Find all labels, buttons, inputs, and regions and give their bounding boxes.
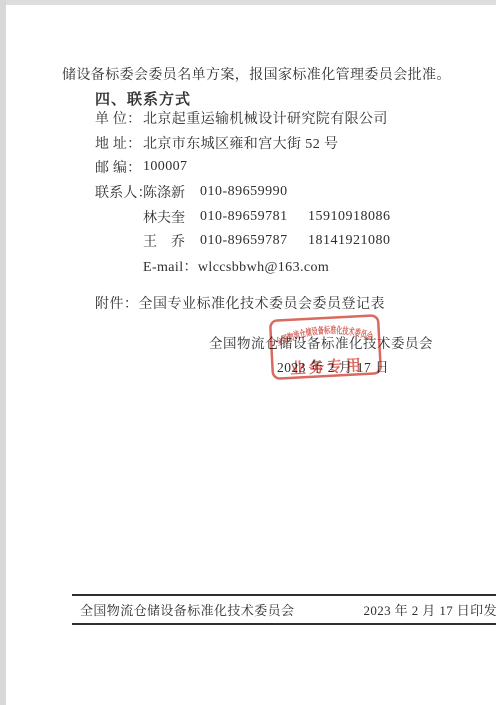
contact-label: 单 位： xyxy=(95,108,143,128)
contact-row-person-2: 林夫奎 010-89659781 15910918086 xyxy=(95,204,465,229)
stamp-svg: 全国物流仓储设备标准化技术委员会 业务专用 xyxy=(267,312,384,382)
attachment-line: 附件：全国专业标准化技术委员会委员登记表 xyxy=(95,293,385,313)
contact-row-address: 地 址： 北京市东城区雍和宫大街 52 号 xyxy=(95,131,465,156)
intro-line: 储设备标委会委员名单方案，报国家标准化管理委员会批准。 xyxy=(62,66,454,85)
footer-bar: 全国物流仓储设备标准化技术委员会 2023 年 2 月 17 日印发 xyxy=(72,594,496,625)
contact-value: 北京市东城区雍和宫大街 52 号 xyxy=(143,133,338,153)
contact-row-person-1: 联系人： 陈涤新 010-89659990 xyxy=(95,180,465,205)
stamp-arc-text-node: 全国物流仓储设备标准化技术委员会 xyxy=(274,322,375,349)
contact-person-name: 林夫奎 xyxy=(143,207,200,227)
footer-print-date: 2023 年 2 月 17 日印发 xyxy=(363,600,496,619)
contact-block: 单 位： 北京起重运输机械设计研究院有限公司 地 址： 北京市东城区雍和宫大街 … xyxy=(95,106,465,278)
contact-label: 联系人： xyxy=(95,182,143,202)
footer-issuer: 全国物流仓储设备标准化技术委员会 xyxy=(80,600,294,619)
scan-edge-left xyxy=(0,0,6,705)
contact-value: 100007 xyxy=(143,159,187,175)
contact-person-name: 陈涤新 xyxy=(143,182,200,202)
contact-person-mobile: 15910918086 xyxy=(308,209,391,225)
contact-row-postcode: 邮 编： 100007 xyxy=(95,155,465,180)
contact-label: 地 址： xyxy=(95,133,143,153)
contact-email: E-mail：wlccsbbwh@163.com xyxy=(143,256,329,276)
contact-row-email: E-mail：wlccsbbwh@163.com xyxy=(95,254,465,279)
contact-value: 北京起重运输机械设计研究院有限公司 xyxy=(143,108,388,128)
contact-person-mobile: 18141921080 xyxy=(308,233,391,249)
contact-person-name: 王 乔 xyxy=(143,231,200,251)
contact-label: 邮 编： xyxy=(95,157,143,177)
contact-row-person-3: 王 乔 010-89659787 18141921080 xyxy=(95,229,465,254)
contact-row-unit: 单 位： 北京起重运输机械设计研究院有限公司 xyxy=(95,106,465,131)
stamp-arc-text: 全国物流仓储设备标准化技术委员会 xyxy=(274,322,375,349)
official-seal-stamp: 全国物流仓储设备标准化技术委员会 业务专用 xyxy=(267,312,384,382)
scan-edge-top xyxy=(0,0,496,5)
contact-person-phone: 010-89659787 xyxy=(200,233,308,249)
stamp-bottom-text: 业务专用 xyxy=(290,355,365,378)
contact-person-phone: 010-89659781 xyxy=(200,209,308,225)
contact-person-phone: 010-89659990 xyxy=(200,184,308,200)
document-page: 储设备标委会委员名单方案，报国家标准化管理委员会批准。 四、联系方式 单 位： … xyxy=(0,0,496,705)
